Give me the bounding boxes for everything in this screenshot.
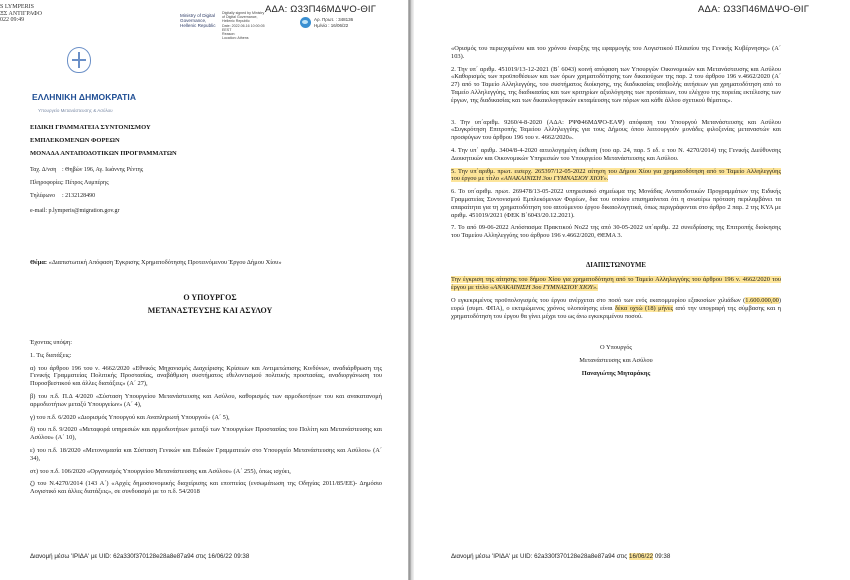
protocol-number: Αρ. Πρωτ. : 348136: [314, 17, 353, 23]
provision-item: γ) του π.δ. 6/2020 «Διορισμός Υπουργού κ…: [30, 414, 382, 422]
header-line: ΕΜΠΛΕΚΟΜΕΝΩΝ ΦΟΡΕΩΝ: [30, 137, 177, 145]
contact-label: Τηλέφωνο: [30, 193, 62, 200]
greek-emblem-icon: [67, 47, 91, 73]
contact-value: : 2132128490: [62, 193, 95, 199]
ada-code: ΑΔΑ: Ω33Π46ΜΔΨΟ-ΘΙΓ: [698, 4, 809, 15]
header-line: ΜΟΝΑΔΑ ΑΝΤΑΠΟΔΟΤΙΚΩΝ ΠΡΟΓΡΑΜΜΑΤΩΝ: [30, 150, 177, 158]
header-line: ΕΙΔΙΚΗ ΓΡΑΜΜΑΤΕΙΑ ΣΥΝΤΟΝΙΣΜΟΥ: [30, 124, 177, 132]
considering-label: Έχοντας υπόψη:: [30, 339, 382, 347]
consideration-item: 7. Το από 09-06-2022 Απόσπασμα Πρακτικού…: [451, 224, 781, 240]
hellenic-republic-title: ΕΛΛΗΝΙΚΗ ΔΗΜΟΚΡΑΤΙΑ: [32, 92, 136, 102]
distribution-footer: Διανομή μέσω 'ΙΡΙΔΑ' με UID: 62a330f3701…: [451, 553, 670, 560]
budget-paragraph: Ο εγκεκριμένος προϋπολογισμός του έργου …: [451, 297, 781, 320]
provisions-section: Έχοντας υπόψη: 1. Τις διατάξεις: α) του …: [30, 339, 382, 496]
contact-info-person: Πληροφορίες: Πέτρος Λυμπέρης: [30, 180, 143, 193]
item5-project-title: «ΑΝΑΚΑΙΝΙΣΗ 3ου ΓΥΜΝΑΣΙΟΥ ΧΙΟΥ».: [501, 175, 609, 182]
provision-item: ε) του π.δ. 18/2020 «Μετονομασία και Σύσ…: [30, 447, 382, 463]
signature-block: Ο Υπουργός Μετανάστευσης και Ασύλου Πανα…: [451, 341, 781, 380]
considerations-continued: «Ορισμός του περιεχομένου και του χρόνου…: [451, 45, 781, 380]
provision-item: δ) του π.δ. 9/2020 «Μεταφορά υπηρεσιών κ…: [30, 426, 382, 442]
budget-amount: 1.600.000,00: [745, 297, 779, 304]
continuation-text: «Ορισμός του περιεχομένου και του χρόνου…: [451, 45, 781, 61]
ministry-name: Υπουργείο Μετανάστευσης & Ασύλου: [38, 108, 113, 113]
detail-line: Location: Athens: [222, 36, 267, 40]
title-line: ΜΕΤΑΝΑΣΤΕΥΣΗΣ ΚΑΙ ΑΣΥΛΟΥ: [30, 304, 390, 317]
approval-project-title: «ΑΝΑΚΑΙΝΙΣΗ 3ου ΓΥΜΝΑΣΙΟΥ ΧΙΟΥ».: [490, 284, 598, 291]
contact-value: : Πέτρος Λυμπέρης: [62, 180, 109, 186]
contact-label: Πληροφορίες: [30, 180, 62, 187]
budget-duration: δέκα οχτώ (18) μήνες: [615, 305, 673, 312]
contact-label: Ταχ. Δ/νση: [30, 167, 62, 174]
contact-phone: Τηλέφωνο: 2132128490: [30, 193, 143, 206]
department-header: ΕΙΔΙΚΗ ΓΡΑΜΜΑΤΕΙΑ ΣΥΝΤΟΝΙΣΜΟΥ ΕΜΠΛΕΚΟΜΕΝ…: [30, 124, 177, 158]
signer-ministry: Μετανάστευσης και Ασύλου: [451, 354, 781, 367]
decision-heading: ΔΙΑΠΙΣΤΩΝΟΥΜΕ: [451, 262, 781, 270]
subject-text: «Διαπιστωτική Απόφαση Έγκρισης Χρηματοδό…: [49, 259, 282, 266]
document-page-2: ΑΔΑ: Ω33Π46ΜΔΨΟ-ΘΙΓ «Ορισμός του περιεχο…: [414, 0, 850, 580]
consideration-item: 2. Την υπ΄ αριθμ. 451019/13-12-2021 (Β΄ …: [451, 66, 781, 105]
stamp-seal-icon: [300, 17, 311, 28]
title-line: Ο ΥΠΟΥΡΓΟΣ: [30, 291, 390, 304]
contact-email[interactable]: e-mail: p.lymperis@migration.gov.gr: [30, 208, 143, 215]
protocol-date: Ημ/νία : 16/06/22: [314, 23, 353, 29]
distribution-footer: Διανομή μέσω 'ΙΡΙΔΑ' με UID: 62a330f3701…: [30, 553, 249, 560]
minister-title: Ο ΥΠΟΥΡΓΟΣ ΜΕΤΑΝΑΣΤΕΥΣΗΣ ΚΑΙ ΑΣΥΛΟΥ: [30, 291, 390, 317]
provision-item: στ) του π.δ. 106/2020 «Οργανισμός Υπουργ…: [30, 468, 382, 476]
subject-line: Θέμα: «Διαπιστωτική Απόφαση Έγκρισης Χρη…: [30, 259, 390, 267]
consideration-item: 6. Το υπ΄αριθμ. πρωτ. 269478/13-05-2022 …: [451, 188, 781, 219]
provision-item: α) του άρθρου 196 του ν. 4662/2020 «Εθνι…: [30, 365, 382, 388]
provisions-heading: 1. Τις διατάξεις:: [30, 352, 382, 360]
consideration-item: 4. Την υπ΄ αριθμ. 3404/8-4-2020 αιτιολογ…: [451, 147, 781, 163]
footer-date: 16/06/22: [629, 553, 653, 560]
signature-details: Digitally signed by Ministry of Digital …: [222, 11, 267, 40]
provision-item: ζ) του Ν.4270/2014 (143 Α΄) «Αρχές δημοσ…: [30, 480, 382, 496]
footer-time: 09:38: [653, 553, 670, 560]
ada-code: ΑΔΑ: Ω33Π46ΜΔΨΟ-ΘΙΓ: [265, 4, 376, 15]
contact-info: Ταχ. Δ/νση: Θηβών 196, Αγ. Ιωάννης Ρέντη…: [30, 167, 143, 215]
signer-role: Ο Υπουργός: [451, 341, 781, 354]
subject-label: Θέμα:: [30, 259, 47, 266]
footer-text: Διανομή μέσω 'ΙΡΙΔΑ' με UID: 62a330f3701…: [451, 553, 629, 560]
budget-text: Ο εγκεκριμένος προϋπολογισμός του έργου …: [451, 297, 745, 304]
signer-name: Παναγιώτης Μηταράκης: [451, 367, 781, 380]
approval-paragraph: Την έγκριση της αίτησης του δήμου Χίου γ…: [451, 276, 781, 292]
consideration-item: 3. Την υπ΄αριθμ. 9260/4-8-2020 (ΑΔΑ: ΡΨΦ…: [451, 119, 781, 142]
signature-line: 022 09:49: [0, 17, 42, 24]
document-page-1: S LYMPERIS ΞΣ ΑΝΤΙΓΡΑΦΟ 022 09:49 Minist…: [0, 0, 408, 580]
digital-signature-text: S LYMPERIS ΞΣ ΑΝΤΙΓΡΑΦΟ 022 09:49: [0, 4, 42, 24]
org-line: Hellenic Republic: [180, 23, 216, 28]
signing-authority: Ministry of Digital Governance, Hellenic…: [180, 13, 216, 28]
consideration-item-highlighted: 5. Την υπ΄αριθμ. πρωτ. εισερχ. 265397/12…: [451, 168, 781, 184]
protocol-stamp: Αρ. Πρωτ. : 348136 Ημ/νία : 16/06/22: [314, 17, 353, 28]
provision-item: β) του π.δ. Π.Δ 4/2020 «Σύσταση Υπουργεί…: [30, 393, 382, 409]
contact-address: Ταχ. Δ/νση: Θηβών 196, Αγ. Ιωάννης Ρέντη…: [30, 167, 143, 180]
contact-value: : Θηβών 196, Αγ. Ιωάννης Ρέντης: [62, 167, 143, 173]
